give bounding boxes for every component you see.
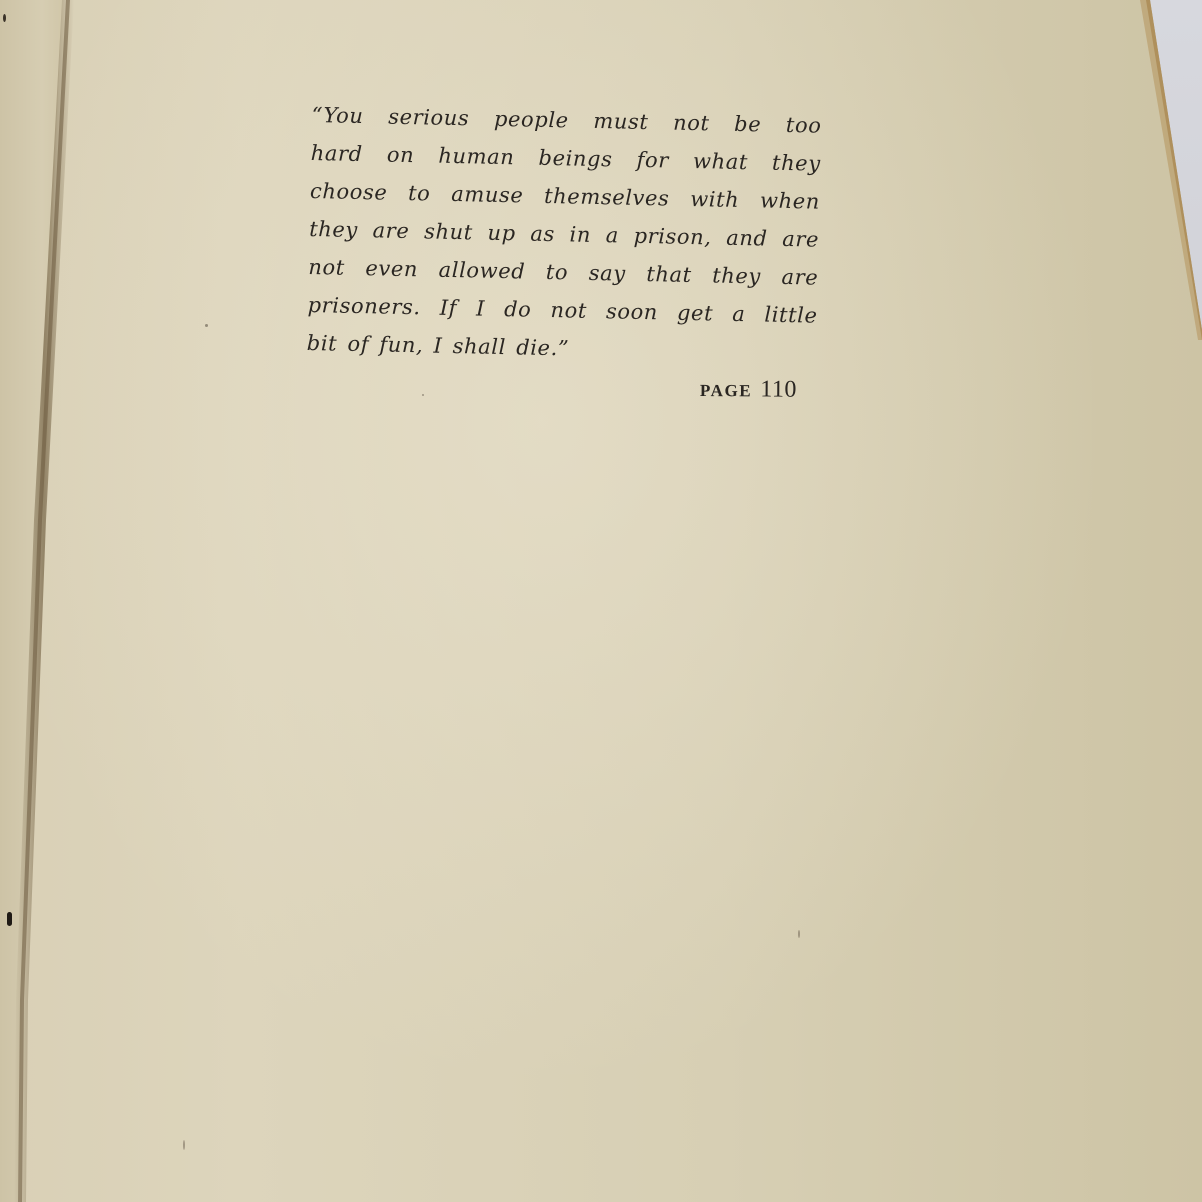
page-label: PAGE bbox=[700, 381, 753, 400]
book-photo: “You serious people must not be too hard… bbox=[0, 0, 1202, 1202]
paper-speck bbox=[422, 394, 424, 396]
paper-speck bbox=[183, 1140, 185, 1150]
paper-speck bbox=[205, 324, 208, 327]
page-reference: PAGE110 bbox=[700, 376, 797, 404]
page-number: 110 bbox=[760, 376, 797, 402]
paper-speck bbox=[798, 930, 800, 938]
quote-block: “You serious people must not be too hard… bbox=[306, 96, 821, 373]
ink-speck bbox=[7, 912, 12, 926]
ink-speck bbox=[3, 14, 6, 22]
